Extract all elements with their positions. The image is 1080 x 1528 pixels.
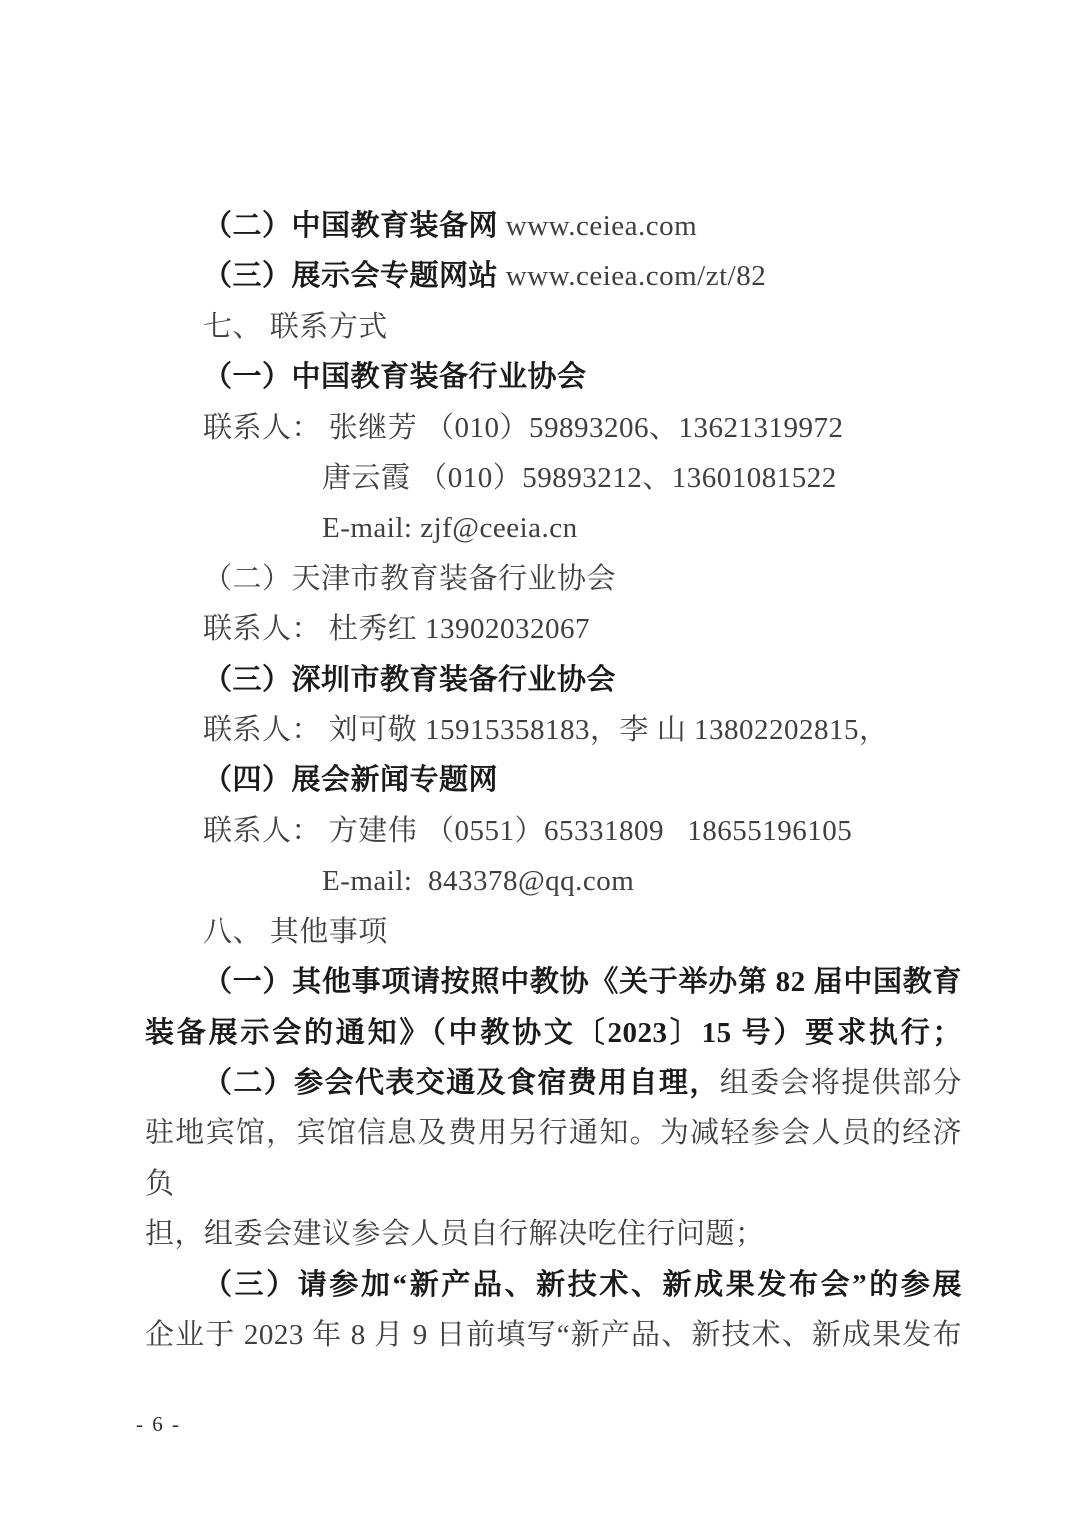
document-page: （二）中国教育装备网 www.ceiea.com（三）展示会专题网站 www.c… xyxy=(0,0,1080,1528)
doc-text: 八、 其他事项 xyxy=(203,916,388,948)
doc-text: www.ceiea.com/zt/82 xyxy=(506,260,766,292)
doc-line: E-mail: zjf@ceeia.cn xyxy=(145,503,962,553)
doc-text: 企业于 2023 年 8 月 9 日前填写“新产品、新技术、新成果发布 xyxy=(145,1319,962,1351)
doc-text: E-mail: zjf@ceeia.cn xyxy=(322,512,578,544)
doc-text: 组委会将提供部分 xyxy=(720,1067,962,1099)
doc-text: 联系人： 杜秀红 13902032067 xyxy=(203,613,590,645)
doc-text-bold: （四）展会新闻专题网 xyxy=(203,764,498,796)
doc-text-bold: （一）中国教育装备行业协会 xyxy=(203,361,587,393)
doc-text-bold: （一）其他事项请按照中教协《关于举办第 82 届中国教育 xyxy=(203,966,962,998)
doc-text-bold: （二）参会代表交通及食宿费用自理， xyxy=(203,1067,720,1099)
doc-line: （三）请参加“新产品、新技术、新成果发布会”的参展 xyxy=(145,1260,962,1310)
doc-line: （二）天津市教育装备行业协会 xyxy=(145,554,962,604)
doc-text: 七、 联系方式 xyxy=(203,311,388,343)
doc-text: （二）天津市教育装备行业协会 xyxy=(203,563,616,595)
doc-line: （四）展会新闻专题网 xyxy=(145,755,962,805)
doc-line: （二）中国教育装备网 www.ceiea.com xyxy=(145,201,962,251)
doc-line: 联系人： 张继芳 （010）59893206、13621319972 xyxy=(145,403,962,453)
doc-line: （一）中国教育装备行业协会 xyxy=(145,352,962,402)
doc-line: （三）展示会专题网站 www.ceiea.com/zt/82 xyxy=(145,251,962,301)
doc-text: 联系人： 张继芳 （010）59893206、13621319972 xyxy=(203,412,844,444)
doc-line: 联系人： 方建伟 （0551）65331809 18655196105 xyxy=(145,806,962,856)
doc-line: （三）深圳市教育装备行业协会 xyxy=(145,655,962,705)
doc-text-bold: （三）展示会专题网站 xyxy=(203,260,506,292)
doc-line: 联系人： 刘可敬 15915358183，李 山 13802202815， xyxy=(145,705,962,755)
doc-line: 担，组委会建议参会人员自行解决吃住行问题； xyxy=(145,1209,962,1259)
doc-text: 担，组委会建议参会人员自行解决吃住行问题； xyxy=(145,1218,765,1250)
doc-line: 八、 其他事项 xyxy=(145,907,962,957)
page-number: - 6 - xyxy=(136,1412,181,1437)
doc-text: E-mail: 843378@qq.com xyxy=(322,865,634,897)
document-body: （二）中国教育装备网 www.ceiea.com（三）展示会专题网站 www.c… xyxy=(145,201,962,1360)
doc-text: 唐云霞 （010）59893212、13601081522 xyxy=(322,462,837,494)
doc-line: 联系人： 杜秀红 13902032067 xyxy=(145,604,962,654)
doc-text-bold: （三）深圳市教育装备行业协会 xyxy=(203,664,616,696)
doc-line: 七、 联系方式 xyxy=(145,302,962,352)
doc-text-bold: （二）中国教育装备网 xyxy=(203,210,506,242)
doc-line: （一）其他事项请按照中教协《关于举办第 82 届中国教育 xyxy=(145,957,962,1007)
doc-line: 企业于 2023 年 8 月 9 日前填写“新产品、新技术、新成果发布 xyxy=(145,1310,962,1360)
doc-text: 联系人： 方建伟 （0551）65331809 18655196105 xyxy=(203,815,852,847)
doc-text: 驻地宾馆，宾馆信息及费用另行通知。为减轻参会人员的经济负 xyxy=(145,1117,962,1199)
doc-line: 驻地宾馆，宾馆信息及费用另行通知。为减轻参会人员的经济负 xyxy=(145,1108,962,1209)
doc-line: 唐云霞 （010）59893212、13601081522 xyxy=(145,453,962,503)
doc-line: 装备展示会的通知》（中教协文〔2023〕15 号）要求执行； xyxy=(145,1008,962,1058)
doc-text-bold: （三）请参加“新产品、新技术、新成果发布会”的参展 xyxy=(203,1269,962,1301)
doc-text-bold: 装备展示会的通知》（中教协文〔2023〕15 号）要求执行； xyxy=(145,1017,962,1049)
doc-line: （二）参会代表交通及食宿费用自理，组委会将提供部分 xyxy=(145,1058,962,1108)
doc-line: E-mail: 843378@qq.com xyxy=(145,856,962,906)
doc-text: 联系人： 刘可敬 15915358183，李 山 13802202815， xyxy=(203,714,889,746)
doc-text: www.ceiea.com xyxy=(506,210,697,242)
